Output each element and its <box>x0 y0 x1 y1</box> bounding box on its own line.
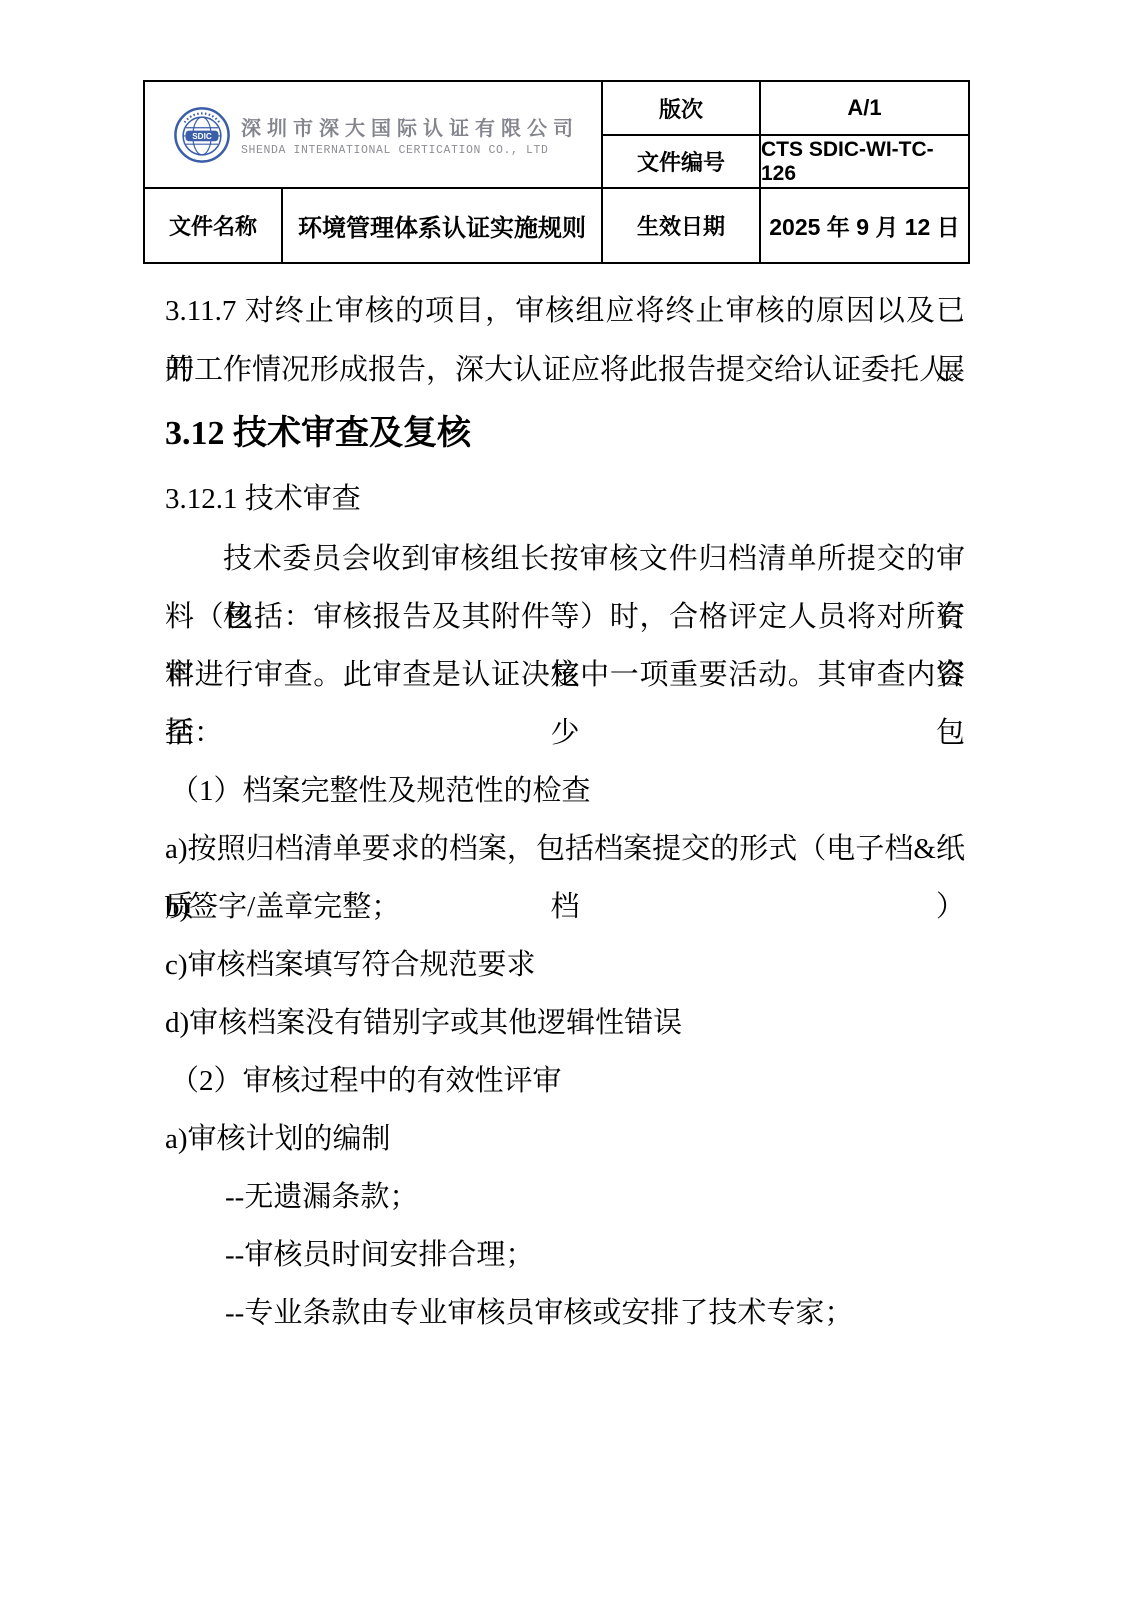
effective-date-label: 生效日期 <box>603 189 761 262</box>
subsection-3-12-1: 3.12.1 技术审查 <box>165 468 965 530</box>
list-item-2: （2）审核过程中的有效性评审 <box>165 1052 965 1110</box>
dash-item: --专业条款由专业审核员审核或安排了技术专家； <box>165 1284 965 1342</box>
doc-name-value: 环境管理体系认证实施规则 <box>283 189 603 262</box>
list-item-1: （1）档案完整性及规范性的检查 <box>165 762 965 820</box>
dash-item: --审核员时间安排合理； <box>165 1226 965 1284</box>
list-item-d: d)审核档案没有错别字或其他逻辑性错误 <box>165 994 965 1052</box>
effective-date-value: 2025 年 9 月 12 日 <box>761 189 968 262</box>
body-line-3-11-7: 3.11.7 对终止审核的项目，审核组应将终止审核的原因以及已开展 <box>165 282 965 341</box>
list-item-c: c)审核档案填写符合规范要求 <box>165 936 965 994</box>
company-names: 深圳市深大国际认证有限公司 SHENDA INTERNATIONAL CERTI… <box>241 112 579 157</box>
version-label: 版次 <box>603 82 761 136</box>
doc-number-value: CTS SDIC-WI-TC-126 <box>761 136 968 189</box>
company-logo-icon: SDIC <box>173 106 231 164</box>
company-header-cell: SDIC 深圳市深大国际认证有限公司 SHENDA INTERNATIONAL … <box>145 82 603 189</box>
document-header-table: SDIC 深圳市深大国际认证有限公司 SHENDA INTERNATIONAL … <box>143 80 970 264</box>
dash-item: --无遗漏条款； <box>165 1168 965 1226</box>
doc-number-label: 文件编号 <box>603 136 761 189</box>
section-heading-3-12: 3.12 技术审查及复核 <box>165 400 965 468</box>
doc-name-label: 文件名称 <box>145 189 283 262</box>
logo-badge-text: SDIC <box>192 131 212 140</box>
list-item-a: a)按照归档清单要求的档案，包括档案提交的形式（电子档&纸质档） <box>165 820 965 878</box>
version-value: A/1 <box>761 82 968 136</box>
document-page: SDIC 深圳市深大国际认证有限公司 SHENDA INTERNATIONAL … <box>0 0 1131 1600</box>
document-body: 3.11.7 对终止审核的项目，审核组应将终止审核的原因以及已开展 的工作情况形… <box>165 282 965 1342</box>
list-item-a2: a)审核计划的编制 <box>165 1110 965 1168</box>
paragraph-line: 料（包括：审核报告及其附件等）时，合格评定人员将对所有审核资 <box>165 588 965 646</box>
company-name-cn: 深圳市深大国际认证有限公司 <box>241 112 579 141</box>
paragraph-line: 技术委员会收到审核组长按审核文件归档清单所提交的审核资 <box>165 530 965 588</box>
paragraph-line: 料进行审查。此审查是认证决定中一项重要活动。其审查内容至少包 <box>165 646 965 704</box>
body-line-3-11-7-cont: 的工作情况形成报告，深大认证应将此报告提交给认证委托人。 <box>165 341 965 400</box>
company-name-en: SHENDA INTERNATIONAL CERTICATION CO., LT… <box>241 144 579 157</box>
